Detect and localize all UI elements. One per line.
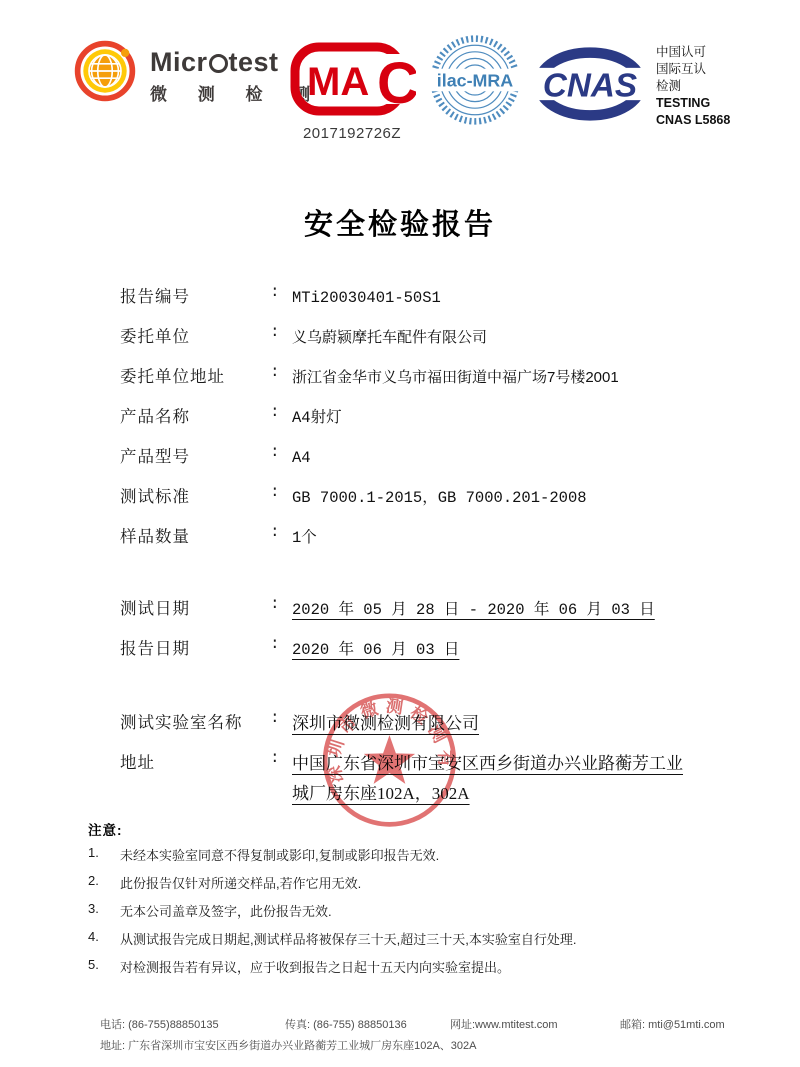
note-item: 5.对检测报告若有异议，应于收到报告之日起十五天内向实验室提出。 (88, 957, 748, 985)
footer-website: 网址:www.mtitest.com (450, 1016, 595, 1032)
microtest-globe-icon (74, 40, 136, 102)
svg-text:C: C (377, 51, 416, 116)
microtest-logo: Micrtest 微 测 检 测 (74, 40, 323, 105)
field-value: 1个 (292, 520, 697, 553)
notes-heading: 注意: (88, 819, 748, 839)
cma-mark: C MA 2017192726Z (288, 42, 416, 142)
svg-text:MA: MA (307, 60, 369, 104)
field-row-model: 产品型号: A4 (120, 440, 700, 480)
field-value: 义乌蔚颍摩托车配件有限公司 (292, 320, 697, 353)
field-row-client: 委托单位: 义乌蔚颍摩托车配件有限公司 (120, 320, 700, 360)
fields-group-lab: 测试实验室名称: 深圳市微测检测有限公司 地址: 中国广东省深圳市宝安区西乡街道… (120, 706, 700, 809)
field-row-product-name: 产品名称: A4射灯 (120, 400, 700, 440)
fields-group-basic: 报告编号: MTi20030401-50S1 委托单位: 义乌蔚颍摩托车配件有限… (120, 280, 700, 560)
footer-address: 地址: 广东省深圳市宝安区西乡街道办兴业路蘅芳工业城厂房东座102A、302A (100, 1037, 760, 1053)
footer: 电话: (86-755)88850135 传真: (86-755) 888501… (100, 1016, 760, 1053)
footer-fax: 传真: (86-755) 88850136 (285, 1016, 450, 1032)
cma-number: 2017192726Z (288, 125, 416, 142)
field-row-sample-qty: 样品数量: 1个 (120, 520, 700, 560)
field-value: 浙江省金华市义乌市福田街道中福广场7号楼2001 (292, 360, 697, 393)
field-value: 2020 年 06 月 03 日 (292, 632, 697, 665)
report-title: 安全检验报告 (0, 202, 800, 243)
fields-group-dates: 测试日期: 2020 年 05 月 28 日 - 2020 年 06 月 03 … (120, 592, 700, 672)
cma-icon: C MA (288, 42, 416, 118)
svg-text:ilac-MRA: ilac-MRA (437, 71, 514, 91)
microtest-o-ring-icon (209, 54, 228, 73)
report-page: Micrtest 微 测 检 测 C MA 2017192726Z ila (0, 0, 800, 1067)
note-item: 1.未经本实验室同意不得复制或影印,复制或影印报告无效. (88, 845, 748, 873)
field-value: A4射灯 (292, 400, 697, 433)
footer-phone: 电话: (86-755)88850135 (100, 1016, 285, 1032)
field-value: 深圳市微测检测有限公司 (292, 706, 697, 739)
accreditation-text: 中国认可 国际互认 检测 TESTING CNAS L5868 (656, 44, 730, 129)
field-value: 中国广东省深圳市宝安区西乡街道办兴业路蘅芳工业城厂房东座102A，302A (292, 746, 697, 809)
field-row-test-date: 测试日期: 2020 年 05 月 28 日 - 2020 年 06 月 03 … (120, 592, 700, 632)
footer-email: 邮箱: mti@51mti.com (620, 1016, 725, 1032)
note-item: 3.无本公司盖章及签字，此份报告无效. (88, 901, 748, 929)
field-value: A4 (292, 440, 697, 473)
field-row-report-no: 报告编号: MTi20030401-50S1 (120, 280, 700, 320)
notes-section: 注意: 1.未经本实验室同意不得复制或影印,复制或影印报告无效. 2.此份报告仅… (88, 819, 748, 985)
field-row-lab-address: 地址: 中国广东省深圳市宝安区西乡街道办兴业路蘅芳工业城厂房东座102A，302… (120, 746, 700, 809)
ilac-mra-icon: ilac-MRA (428, 33, 522, 127)
field-value: 2020 年 05 月 28 日 - 2020 年 06 月 03 日 (292, 592, 697, 625)
cnas-icon: CNAS (530, 46, 650, 122)
field-value: GB 7000.1-2015，GB 7000.201-2008 (292, 480, 697, 513)
note-item: 4.从测试报告完成日期起,测试样品将被保存三十天,超过三十天,本实验室自行处理. (88, 929, 748, 957)
svg-text:CNAS: CNAS (543, 67, 637, 104)
field-row-lab-name: 测试实验室名称: 深圳市微测检测有限公司 (120, 706, 700, 746)
field-value: MTi20030401-50S1 (292, 280, 697, 313)
field-row-report-date: 报告日期: 2020 年 06 月 03 日 (120, 632, 700, 672)
field-row-standard: 测试标准: GB 7000.1-2015，GB 7000.201-2008 (120, 480, 700, 520)
note-item: 2.此份报告仅针对所递交样品,若作它用无效. (88, 873, 748, 901)
field-row-client-address: 委托单位地址: 浙江省金华市义乌市福田街道中福广场7号楼2001 (120, 360, 700, 400)
header: Micrtest 微 测 检 测 C MA 2017192726Z ila (0, 0, 800, 150)
